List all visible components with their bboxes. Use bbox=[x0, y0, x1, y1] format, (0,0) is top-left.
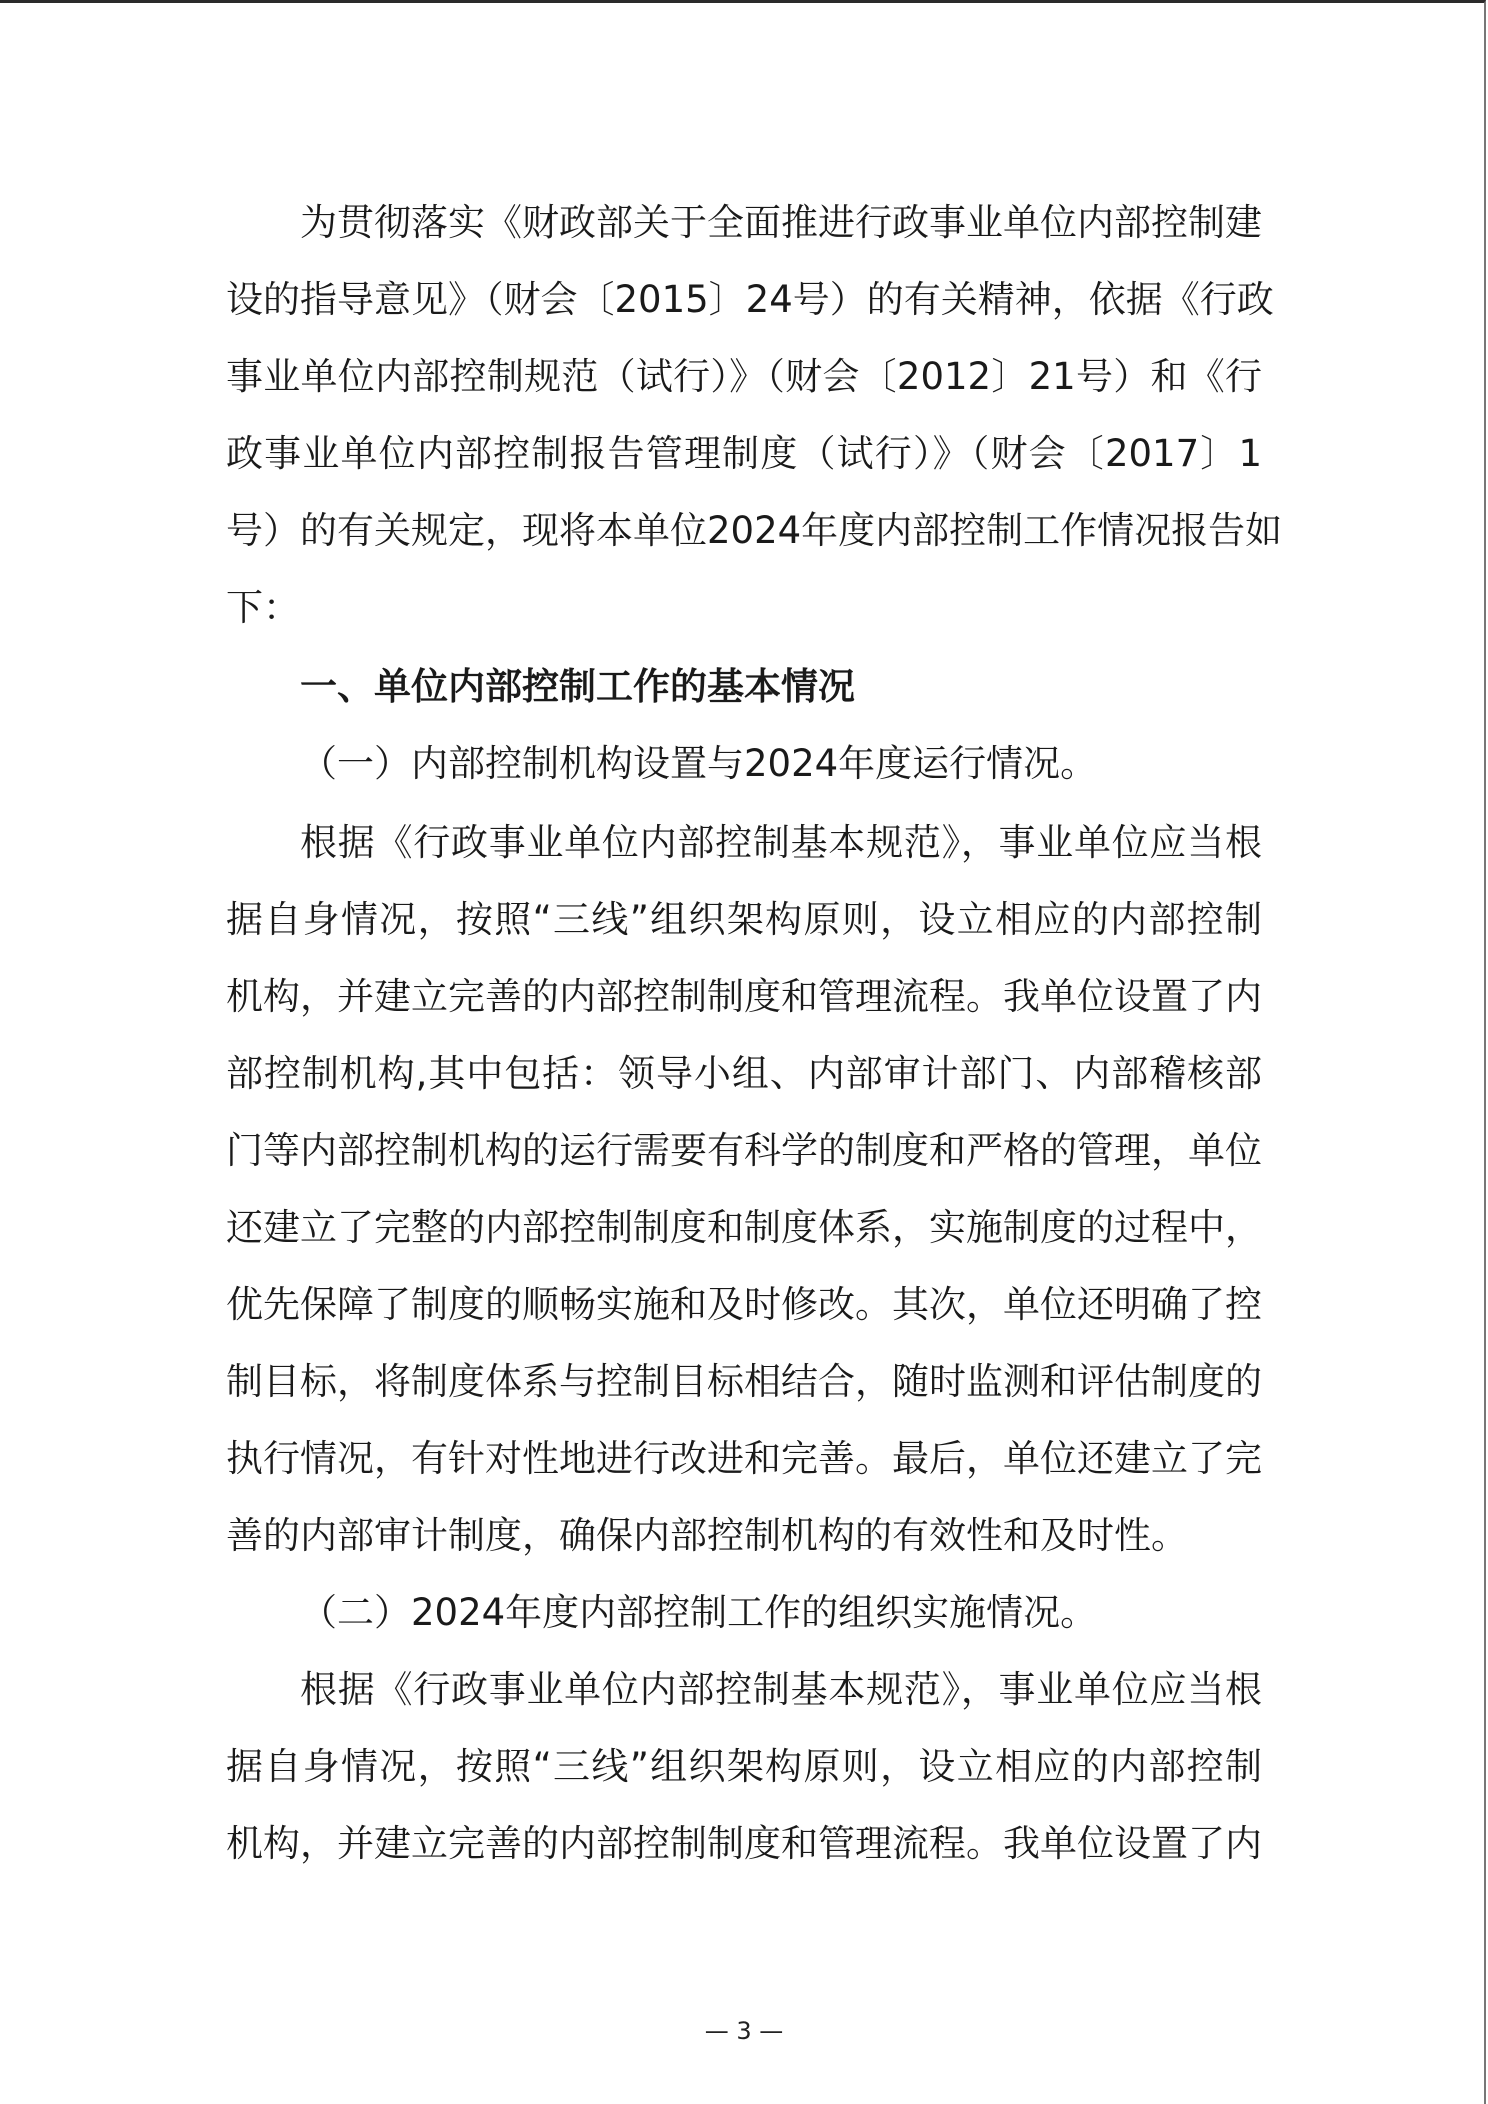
document-page: 为贯彻落实《财政部关于全面推进行政事业单位内部控制建 设的指导意见》（财会〔20… bbox=[0, 0, 1486, 2104]
paragraph-2-line-3: 机构，并建立完善的内部控制制度和管理流程。我单位设置了内 bbox=[226, 967, 1262, 1027]
page-number: — 3 — bbox=[0, 2017, 1488, 2045]
paragraph-1-line-2: 设的指导意见》（财会〔2015〕24号）的有关精神，依据《行政 bbox=[226, 270, 1262, 330]
paragraph-2-line-2: 据自身情况，按照“三线”组织架构原则，设立相应的内部控制 bbox=[226, 890, 1262, 950]
subsection-heading-1: （一）内部控制机构设置与2024年度运行情况。 bbox=[300, 734, 1097, 794]
paragraph-2-line-4: 部控制机构,其中包括：领导小组、内部审计部门、内部稽核部 bbox=[226, 1044, 1262, 1104]
paragraph-2-line-10: 善的内部审计制度，确保内部控制机构的有效性和及时性。 bbox=[226, 1506, 1262, 1566]
paragraph-2-line-1: 根据《行政事业单位内部控制基本规范》，事业单位应当根 bbox=[300, 813, 1262, 873]
paragraph-2-line-5: 门等内部控制机构的运行需要有科学的制度和严格的管理，单位 bbox=[226, 1121, 1262, 1181]
paragraph-3-line-3: 机构，并建立完善的内部控制制度和管理流程。我单位设置了内 bbox=[226, 1814, 1262, 1874]
paragraph-3-line-1: 根据《行政事业单位内部控制基本规范》，事业单位应当根 bbox=[300, 1660, 1262, 1720]
paragraph-1-line-3: 事业单位内部控制规范（试行）》（财会〔2012〕21号）和《行 bbox=[226, 347, 1262, 407]
paragraph-1-line-5: 号）的有关规定，现将本单位2024年度内部控制工作情况报告如 bbox=[226, 501, 1262, 561]
paragraph-2-line-7: 优先保障了制度的顺畅实施和及时修改。其次，单位还明确了控 bbox=[226, 1275, 1262, 1335]
section-heading-1: 一、单位内部控制工作的基本情况 bbox=[300, 657, 855, 717]
paragraph-2-line-8: 制目标，将制度体系与控制目标相结合，随时监测和评估制度的 bbox=[226, 1352, 1262, 1412]
paragraph-1-line-1: 为贯彻落实《财政部关于全面推进行政事业单位内部控制建 bbox=[300, 193, 1262, 253]
paragraph-3-line-2: 据自身情况，按照“三线”组织架构原则，设立相应的内部控制 bbox=[226, 1737, 1262, 1797]
paragraph-1-line-4: 政事业单位内部控制报告管理制度（试行）》（财会〔2017〕1 bbox=[226, 424, 1262, 484]
subsection-heading-2: （二）2024年度内部控制工作的组织实施情况。 bbox=[300, 1583, 1097, 1643]
paragraph-2-line-9: 执行情况，有针对性地进行改进和完善。最后，单位还建立了完 bbox=[226, 1429, 1262, 1489]
paragraph-2-line-6: 还建立了完整的内部控制制度和制度体系，实施制度的过程中， bbox=[226, 1198, 1262, 1258]
paragraph-1-line-6: 下： bbox=[226, 578, 1262, 638]
